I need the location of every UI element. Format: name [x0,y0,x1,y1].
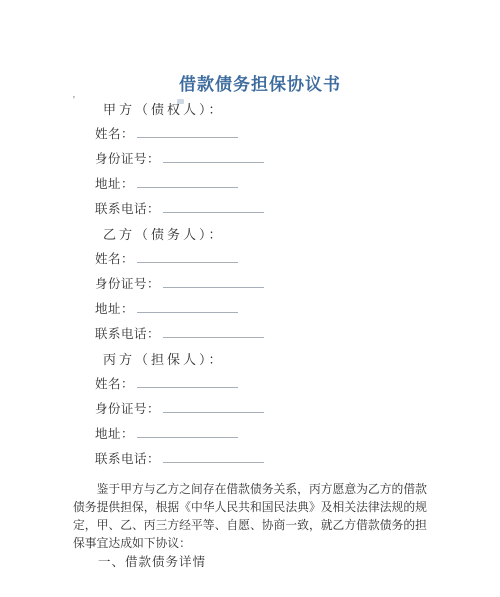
party-a-id-row: 身份证号： [0,147,500,172]
field-label-address: 地址： [95,177,134,191]
party-c-name-row: 姓名： [0,372,500,397]
party-b-header: 乙方（债务人）： [0,222,500,247]
fill-in-blank-address [137,300,238,313]
fill-in-blank-id [163,150,264,163]
field-label-id: 身份证号： [95,277,160,291]
field-label-phone: 联系电话： [95,202,160,216]
fill-in-blank-address [137,425,238,438]
section-heading: 一、借款债务详情 [73,553,429,571]
fill-in-blank-id [163,275,264,288]
field-label-address: 地址： [95,427,134,441]
document-title: 借款债务担保协议书 [20,75,500,95]
field-label-address: 地址： [95,302,134,316]
preamble-line: 鉴于甲方与乙方之间存在借款债务关系，丙方愿意为乙方的借款 [73,480,429,498]
fill-in-blank-phone [163,200,264,213]
party-c-phone-row: 联系电话： [0,447,500,472]
fill-in-blank-address [137,175,238,188]
party-a-name-row: 姓名： [0,122,500,147]
party-c-address-row: 地址： [0,422,500,447]
party-c-id-row: 身份证号： [0,397,500,422]
party-sections: 甲方（债权人）： 姓名： 身份证号： 地址： 联系电话： 乙方（债务人）： 姓名… [0,97,500,472]
scan-artifact-mark: ’ [72,95,76,105]
document-page: ’ 借款债务担保协议书 甲方（债权人）： 姓名： 身份证号： 地址： 联系电话：… [0,0,500,597]
fill-in-blank-phone [163,450,264,463]
field-label-id: 身份证号： [95,402,160,416]
field-label-name: 姓名： [95,252,134,266]
fill-in-blank-id [163,400,264,413]
party-b-name-row: 姓名： [0,247,500,272]
field-label-phone: 联系电话： [95,452,160,466]
preamble-line: 保事宜达成如下协议： [73,534,429,552]
field-label-phone: 联系电话： [95,327,160,341]
party-a-address-row: 地址： [0,172,500,197]
party-b-phone-row: 联系电话： [0,322,500,347]
fill-in-blank-name [137,125,238,138]
field-label-name: 姓名： [95,377,134,391]
preamble-line: 债务提供担保，根据《中华人民共和国民法典》及相关法律法规的规 [73,498,429,516]
scan-artifact-speck [177,99,184,104]
field-label-name: 姓名： [95,127,134,141]
party-a-phone-row: 联系电话： [0,197,500,222]
field-label-id: 身份证号： [95,152,160,166]
party-b-id-row: 身份证号： [0,272,500,297]
preamble-paragraph: 鉴于甲方与乙方之间存在借款债务关系，丙方愿意为乙方的借款 债务提供担保，根据《中… [73,480,429,552]
party-c-header: 丙方（担保人）： [0,347,500,372]
party-b-address-row: 地址： [0,297,500,322]
fill-in-blank-phone [163,325,264,338]
preamble-line: 定，甲、乙、丙三方经平等、自愿、协商一致，就乙方借款债务的担 [73,516,429,534]
fill-in-blank-name [137,250,238,263]
fill-in-blank-name [137,375,238,388]
